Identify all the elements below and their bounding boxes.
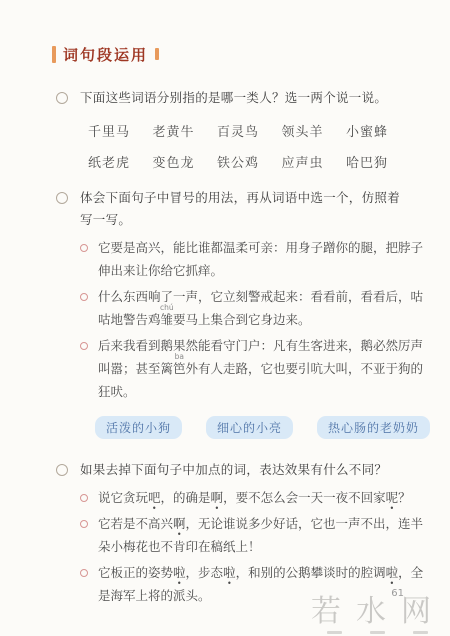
sentence-text: 它要是高兴，能比谁都温柔可亲：用身子蹭你的腿，把脖子伸出来让你给它抓痒。 bbox=[98, 236, 424, 282]
small-circle-bullet-icon bbox=[80, 293, 88, 301]
question-1-stem: 下面这些词语分别指的是哪一类人？选一两个说一说。 bbox=[80, 87, 412, 109]
question-1-stem-row: 下面这些词语分别指的是哪一类人？选一两个说一说。 bbox=[56, 87, 450, 109]
pinyin-label: chú bbox=[160, 304, 174, 312]
word-list: 千里马老黄牛百灵鸟领头羊小蜜蜂纸老虎变色龙铁公鸡应声虫哈巴狗 bbox=[88, 121, 388, 171]
question-2-sentences: 它要是高兴，能比谁都温柔可亲：用身子蹭你的腿，把脖子伸出来让你给它抓痒。什么东西… bbox=[0, 236, 450, 403]
sentence-item: 它要是高兴，能比谁都温柔可亲：用身子蹭你的腿，把脖子伸出来让你给它抓痒。 bbox=[80, 236, 450, 282]
sentence-text: 后来我看到鹅果然能看守门户：凡有生客进来，鹅必然厉声叫嚣；甚至篱笆ba外有人走路… bbox=[98, 334, 424, 403]
question-2-stem: 体会下面句子中冒号的用法，再从词语中选一个，仿照着写一写。 bbox=[80, 187, 412, 231]
word-item: 应声虫 bbox=[281, 152, 323, 171]
emphasized-char: 啦 bbox=[386, 565, 399, 580]
question-3-stem: 如果去掉下面句子中加点的词，表达效果有什么不同？ bbox=[80, 459, 412, 481]
word-item: 变色龙 bbox=[152, 152, 194, 171]
circle-bullet-icon bbox=[56, 192, 68, 204]
circle-bullet-icon bbox=[56, 464, 68, 476]
question-3-stem-row: 如果去掉下面句子中加点的词，表达效果有什么不同？ bbox=[56, 459, 450, 481]
word-row: 纸老虎变色龙铁公鸡应声虫哈巴狗 bbox=[88, 152, 388, 171]
sentence-text: 什么东西响了一声，它立刻警戒起来：看看前，看看后，咕咕地警告鸡雏chú要马上集合… bbox=[98, 285, 424, 331]
small-circle-bullet-icon bbox=[80, 494, 88, 502]
word-item: 铁公鸡 bbox=[217, 152, 259, 171]
word-option-pills: 活泼的小狗细心的小亮热心肠的老奶奶 bbox=[95, 416, 450, 439]
highlighted-word-pill: 热心肠的老奶奶 bbox=[317, 416, 430, 439]
pinyin-label: ba bbox=[175, 353, 184, 361]
question-2: 体会下面句子中冒号的用法，再从词语中选一个，仿照着写一写。 它要是高兴，能比谁都… bbox=[0, 187, 450, 439]
pinyin-annotated-char: 雏chú bbox=[161, 312, 174, 327]
circle-bullet-icon bbox=[56, 92, 68, 104]
word-item: 小蜜蜂 bbox=[346, 121, 388, 140]
small-circle-bullet-icon bbox=[80, 342, 88, 350]
question-2-stem-row: 体会下面句子中冒号的用法，再从词语中选一个，仿照着写一写。 bbox=[56, 187, 450, 231]
small-circle-bullet-icon bbox=[80, 520, 88, 528]
watermark-marks bbox=[327, 631, 428, 634]
word-item: 纸老虎 bbox=[88, 152, 130, 171]
word-item: 哈巴狗 bbox=[346, 152, 388, 171]
emphasized-char: 啦 bbox=[173, 565, 186, 580]
word-item: 领头羊 bbox=[281, 121, 323, 140]
sentence-item: 说它贪玩吧，的确是啊，要不怎么会一天一夜不回家呢？ bbox=[80, 486, 450, 509]
textbook-page: 词句段运用 下面这些词语分别指的是哪一类人？选一两个说一说。 千里马老黄牛百灵鸟… bbox=[0, 0, 450, 636]
section-title: 词句段运用 bbox=[63, 44, 148, 65]
sentence-item: 它若是不高兴啊，无论谁说多少好话，它也一声不出，连半朵小梅花也不肯印在稿纸上！ bbox=[80, 512, 450, 558]
word-item: 百灵鸟 bbox=[217, 121, 259, 140]
header-accent-bar-left-icon bbox=[52, 46, 56, 63]
small-circle-bullet-icon bbox=[80, 569, 88, 577]
emphasized-char: 啦 bbox=[223, 565, 236, 580]
word-item: 千里马 bbox=[88, 121, 130, 140]
sentence-text: 说它贪玩吧，的确是啊，要不怎么会一天一夜不回家呢？ bbox=[98, 486, 424, 509]
section-header: 词句段运用 bbox=[52, 44, 450, 64]
small-circle-bullet-icon bbox=[80, 244, 88, 252]
emphasized-char: 呢 bbox=[386, 490, 399, 505]
pinyin-annotated-char: 笆ba bbox=[173, 361, 186, 376]
sentence-item: 后来我看到鹅果然能看守门户：凡有生客进来，鹅必然厉声叫嚣；甚至篱笆ba外有人走路… bbox=[80, 334, 450, 403]
sentence-item: 什么东西响了一声，它立刻警戒起来：看看前，看看后，咕咕地警告鸡雏chú要马上集合… bbox=[80, 285, 450, 331]
word-item: 老黄牛 bbox=[152, 121, 194, 140]
question-3: 如果去掉下面句子中加点的词，表达效果有什么不同？ 说它贪玩吧，的确是啊，要不怎么… bbox=[0, 459, 450, 607]
watermark-text: 若水网 bbox=[311, 586, 446, 630]
sentence-text: 它若是不高兴啊，无论谁说多少好话，它也一声不出，连半朵小梅花也不肯印在稿纸上！ bbox=[98, 512, 424, 558]
question-1: 下面这些词语分别指的是哪一类人？选一两个说一说。 千里马老黄牛百灵鸟领头羊小蜜蜂… bbox=[0, 87, 450, 171]
emphasized-char: 啊 bbox=[173, 516, 186, 531]
header-accent-bar-right-icon bbox=[155, 48, 159, 60]
emphasized-char: 啊 bbox=[211, 490, 224, 505]
highlighted-word-pill: 活泼的小狗 bbox=[95, 416, 182, 439]
word-row: 千里马老黄牛百灵鸟领头羊小蜜蜂 bbox=[88, 121, 388, 140]
emphasized-char: 吧 bbox=[148, 490, 161, 505]
highlighted-word-pill: 细心的小亮 bbox=[206, 416, 293, 439]
